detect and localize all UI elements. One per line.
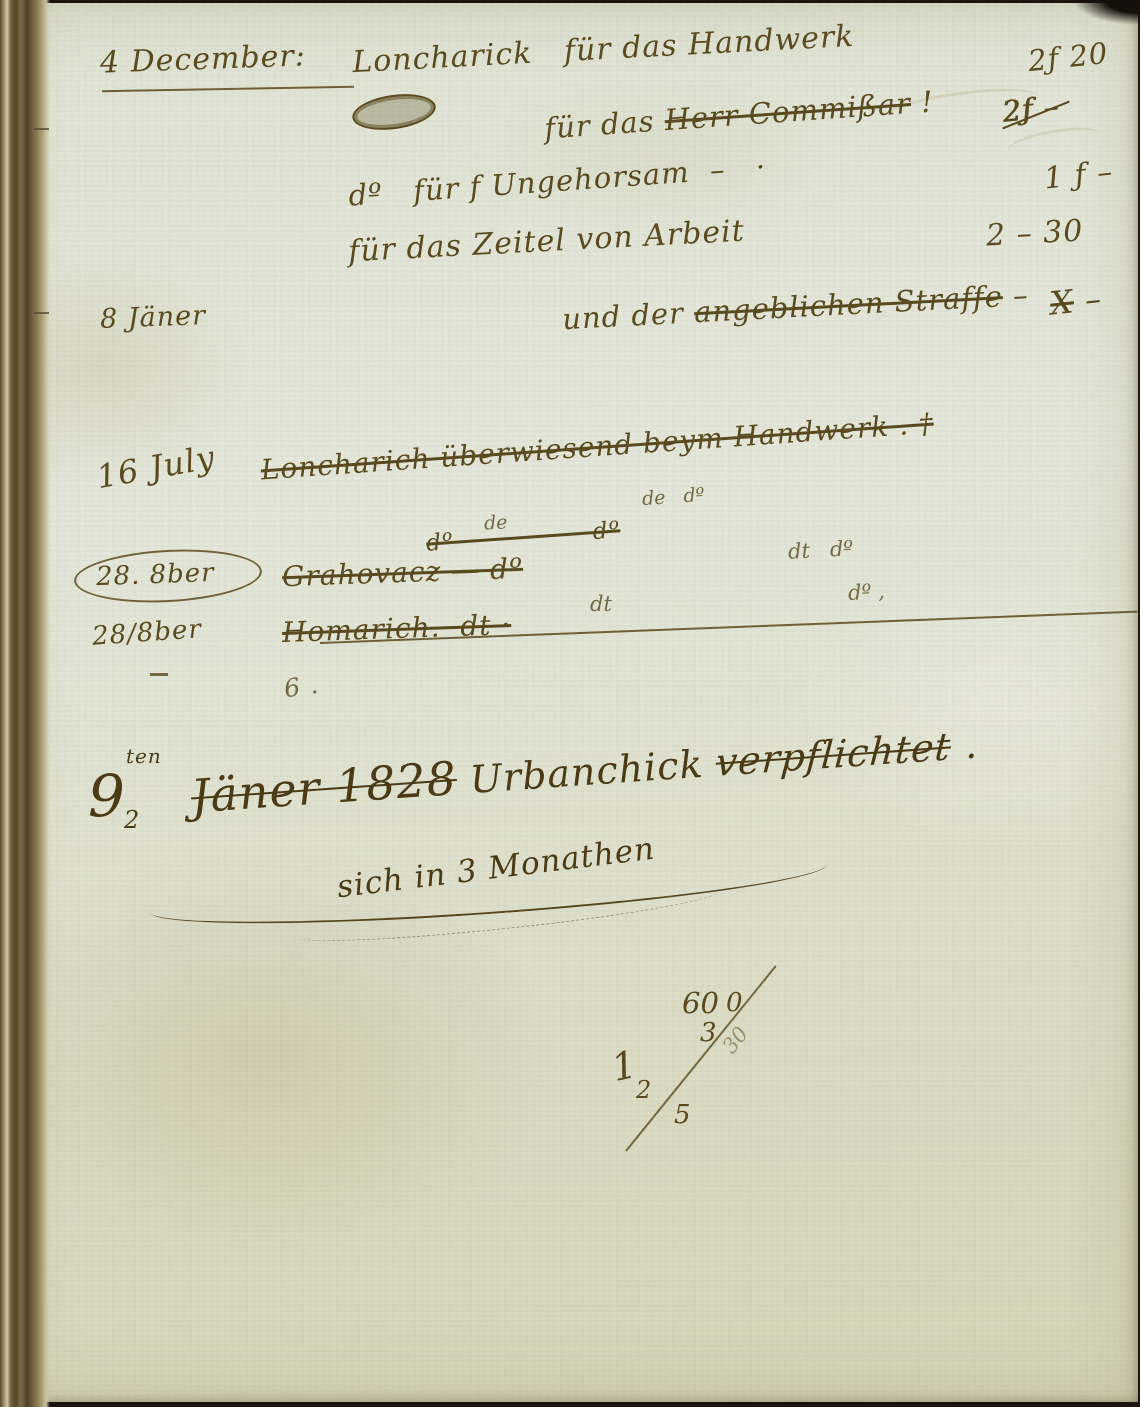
entry-1-date: 4 December: bbox=[99, 38, 306, 80]
spine-tick bbox=[34, 128, 49, 130]
entry-5-amount-dash: – bbox=[1072, 279, 1104, 320]
ditto-mark: de dº bbox=[641, 484, 705, 510]
entry-5-text-post: – bbox=[1002, 278, 1029, 313]
entry-5-date: 8 Jäner bbox=[99, 300, 206, 335]
entry-5-amount: X – bbox=[1048, 279, 1104, 322]
flourish-mark: 6 . bbox=[282, 670, 321, 704]
entry-11-date-half: 2 bbox=[124, 806, 140, 834]
calc-number: 2 bbox=[636, 1076, 651, 1104]
entry-2-text-post: ! bbox=[910, 84, 935, 120]
entry-11-date: 9 ten 2 bbox=[88, 748, 198, 858]
entry-11-date-suffix: ten bbox=[126, 744, 162, 768]
calc-number: 5 bbox=[674, 1100, 691, 1130]
book-spine-page-edges bbox=[0, 0, 50, 1407]
ditto-mark: dº , bbox=[847, 579, 885, 605]
ditto-mark: dt dº bbox=[787, 536, 853, 563]
ditto-mark: dt bbox=[590, 592, 612, 616]
entry-11-date-day: 9 bbox=[88, 762, 126, 830]
entry-8-date: 28. 8ber bbox=[96, 558, 216, 592]
entry-4-amount: 2 – 30 bbox=[985, 213, 1084, 253]
entry-11-period: . bbox=[950, 723, 979, 769]
entry-9-date-note: –– bbox=[150, 664, 168, 683]
binding-corner-shadow bbox=[1062, 0, 1140, 30]
calc-number: 60 bbox=[682, 986, 719, 1020]
spine-tick bbox=[34, 312, 49, 314]
entry-3-amount: 1 ƒ – bbox=[1042, 154, 1115, 196]
entry-5-text-pre: und der bbox=[561, 295, 695, 336]
manuscript-page bbox=[0, 3, 1138, 1402]
manuscript-scan: 4 December: Loncharick für das Handwerk … bbox=[0, 0, 1140, 1407]
